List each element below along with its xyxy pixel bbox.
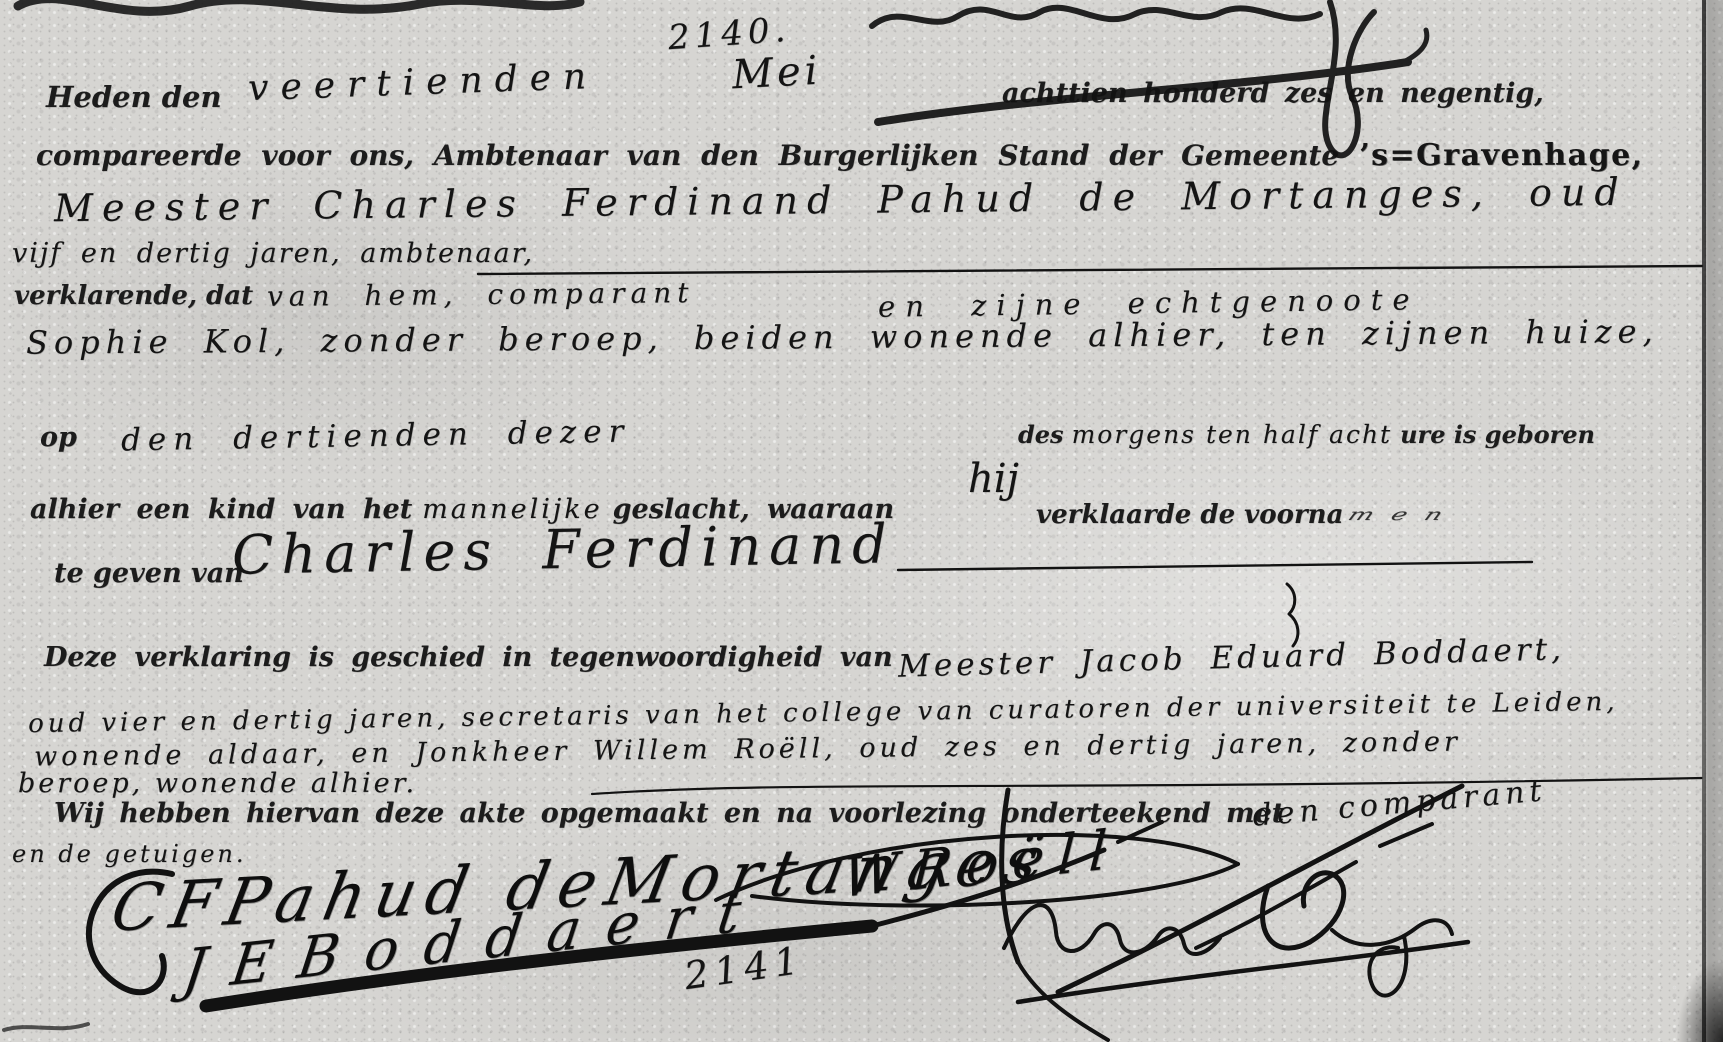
birth-printed-des: des xyxy=(1018,420,1064,449)
corner-ink-blot xyxy=(1677,960,1723,1042)
ink-flourish-top-left xyxy=(18,0,580,11)
municipality-blackletter: ’s=Gravenhage, xyxy=(1359,138,1643,173)
birth-date-line: op den dertienden dezer xyxy=(40,418,630,454)
witness2-end-written: beroep, wonende alhier. xyxy=(18,768,417,799)
witness-intro-printed: Deze verklaring is geschied in tegenwoor… xyxy=(44,642,893,673)
closing-witnesses-written: en de getuigen. xyxy=(12,840,246,868)
declarant-name-line: Meester Charles Ferdinand Pahud de Morta… xyxy=(54,170,1628,230)
date-day-handwritten: veertienden xyxy=(247,56,598,109)
declaration-printed: verklarende, dat xyxy=(14,281,253,311)
brace-ink-mark xyxy=(1287,584,1298,646)
birth-time-written: morgens ten half acht xyxy=(1072,420,1393,449)
birth-certificate-scan: 2140. Heden den veertienden Mei achttien… xyxy=(0,0,1723,1042)
mother-name-line: Sophie Kol, zonder beroep, beiden wonend… xyxy=(26,312,1659,361)
page-edge-shadow xyxy=(1701,0,1723,1042)
forenames-suffix-scrawl: men xyxy=(1345,506,1464,525)
registrar-line-printed: compareerde voor ons, Ambtenaar van den … xyxy=(36,139,1339,172)
date-year-printed: achttien honderd zes en negentig, xyxy=(1002,78,1544,109)
declaration-written: van hem, comparant xyxy=(267,276,695,313)
child-forenames-written: Charles Ferdinand xyxy=(232,512,896,587)
birth-date-written: den dertienden dezer xyxy=(121,414,631,459)
fill-rule-line-1 xyxy=(478,266,1702,274)
witness1-name-written: Meester Jacob Eduard Boddaert, xyxy=(898,631,1566,684)
registrar-line: compareerde voor ons, Ambtenaar van den … xyxy=(36,138,1644,173)
registrar-signature-scrawl xyxy=(1004,873,1468,1002)
date-line-printed-prefix: Heden den xyxy=(46,80,222,114)
date-month-handwritten: Mei xyxy=(731,48,823,99)
child-printed-c: verklaarde de voorna xyxy=(1036,500,1343,530)
naming-printed: te geven van xyxy=(54,558,244,589)
declarant-age-line: vijf en dertig jaren, ambtenaar, xyxy=(12,238,534,269)
birth-printed-ure: ure is geboren xyxy=(1400,420,1595,449)
closing-comparant-written: den comparant xyxy=(1251,773,1548,834)
pronoun-written: hij xyxy=(968,456,1019,502)
birth-time-line: des morgens ten half acht ure is geboren xyxy=(1018,420,1595,449)
fill-rule-line-2 xyxy=(898,562,1532,570)
birth-printed-op: op xyxy=(40,422,77,453)
child-printed-a: alhier een kind van het xyxy=(30,494,412,525)
bottom-left-ink-mark xyxy=(4,1024,88,1030)
declaration-line: verklarende, dat van hem, comparant xyxy=(14,278,695,311)
forenames-intro-line: verklaarde de voorna men xyxy=(1036,500,1460,530)
